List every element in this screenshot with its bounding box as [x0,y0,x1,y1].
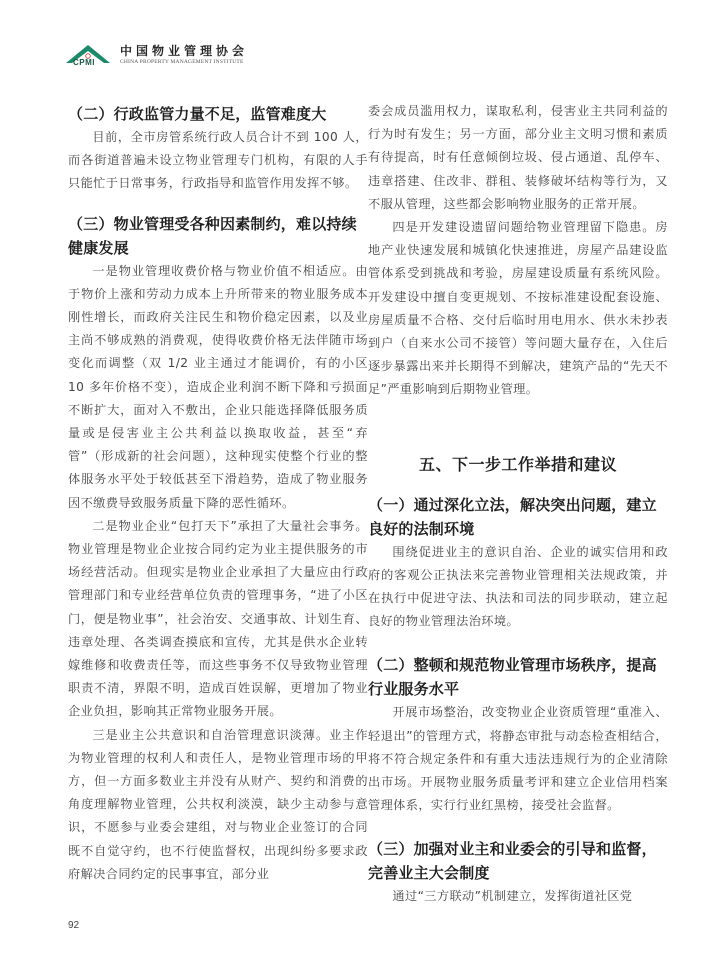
section-heading: （一）通过深化立法，解决突出问题，建立良好的法制环境 [368,493,668,541]
paragraph: 二是物业企业“包打天下”承担了大量社会事务。物业管理是物业企业按合同约定为业主提… [68,515,368,724]
section-heading: （三）加强对业主和业委会的引导和监督，完善业主大会制度 [368,837,668,885]
cpmi-logo-icon: CPMI [66,41,110,69]
paragraph: 委会成员滥用权力，谋取私利，侵害业主共同利益的行为时有发生；另一方面，部分业主文… [368,100,668,216]
page-number: 92 [68,920,79,931]
paragraph: 三是业主公共意识和自治管理意识淡薄。业主作为物业管理的权利人和责任人，是物业管理… [68,724,368,886]
section-heading: （二）行政监管力量不足，监管难度大 [68,102,368,126]
paragraph: 目前，全市房管系统行政人员合计不到 100 人，而各街道普遍未设立物业管理专门机… [68,126,368,196]
page-header: CPMI 中国物业管理协会 CHINA PROPERTY MANAGEMENT … [66,38,248,72]
paragraph: 开展市场整治，改变物业企业资质管理“重准入、轻退出”的管理方式，将静态审批与动态… [368,701,668,817]
org-name-en: CHINA PROPERTY MANAGEMENT INSTITUTE [120,58,248,66]
section-heading: （二）整顿和规范物业管理市场秩序，提高行业服务水平 [368,653,668,701]
chapter-heading: 五、下一步工作举措和建议 [368,452,668,475]
right-column: 委会成员滥用权力，谋取私利，侵害业主共同利益的行为时有发生；另一方面，部分业主文… [368,100,668,909]
paragraph: 四是开发建设遗留问题给物业管理留下隐患。房地产业快速发展和城镇化快速推进，房屋产… [368,216,668,402]
logo-abbr: CPMI [73,58,95,67]
section-heading: （三）物业管理受各种因素制约，难以持续健康发展 [68,212,368,260]
left-column: （二）行政监管力量不足，监管难度大 目前，全市房管系统行政人员合计不到 100 … [68,100,368,886]
paragraph: 通过“三方联动”机制建立，发挥街道社区党 [368,885,668,908]
paragraph: 一是物业管理收费价格与物业价值不相适应。由于物价上涨和劳动力成本上升所带来的物业… [68,260,368,515]
paragraph: 围绕促进业主的意识自治、企业的诚实信用和政府的客观公正执法来完善物业管理相关法规… [368,541,668,634]
org-name-cn: 中国物业管理协会 [120,44,248,58]
